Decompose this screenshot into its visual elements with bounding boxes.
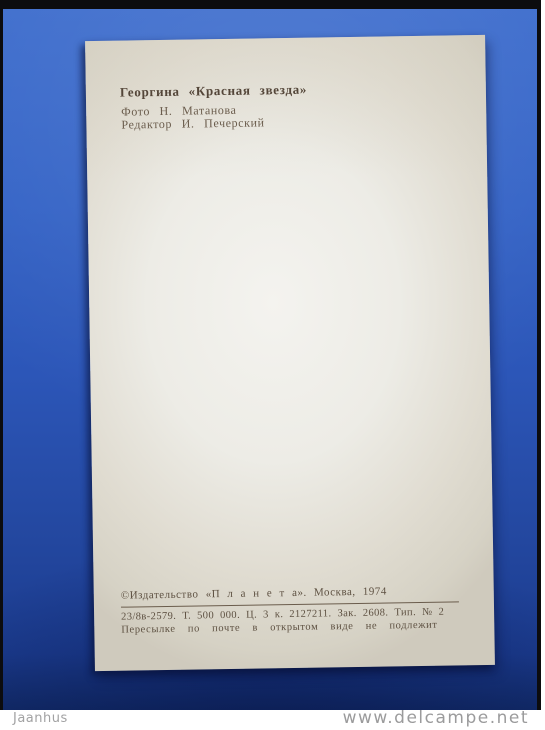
watermark-site: www.delcampe.net (343, 708, 529, 728)
publisher-line: ©Издательство «П л а н е т а». Москва, 1… (121, 586, 387, 602)
postcard-back: Георгина «Красная звезда» Фото Н. Матано… (85, 35, 495, 671)
watermark-seller: Jaanhus (13, 711, 68, 726)
postcard-title: Георгина «Красная звезда» (120, 82, 307, 101)
editor-credit-line: Редактор И. Печерский (121, 115, 264, 132)
scanned-photo-page: Георгина «Красная звезда» Фото Н. Матано… (0, 0, 545, 730)
